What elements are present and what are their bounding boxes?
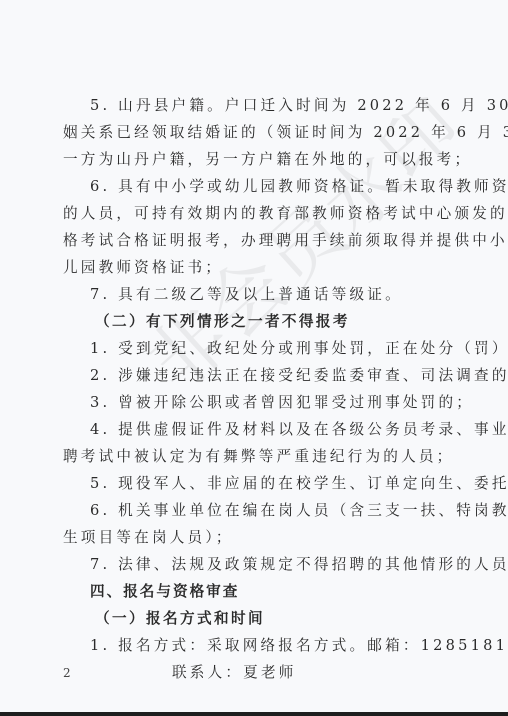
- text-line-residency-2: 姻关系已经领取结婚证的（领证时间为 2022 年 6 月 30 日前），: [63, 124, 443, 142]
- text-line-exclusion-4b: 聘考试中被认定为有舞弊等严重违纪行为的人员；: [63, 448, 443, 466]
- text-line-residency-1: 5. 山丹县户籍。户口迁入时间为 2022 年 6 月 30 日前。因婚: [90, 97, 443, 115]
- section-heading-registration: 四、报名与资格审查: [90, 583, 470, 601]
- text-line-exclusion-1: 1. 受到党纪、政纪处分或刑事处罚，正在处分（罚）期间的；: [90, 340, 443, 358]
- page-number: 2: [63, 666, 71, 680]
- text-line-contact-person: 联系人：夏老师: [172, 664, 508, 682]
- text-line-exclusion-6b: 生项目等在岗人员）；: [63, 529, 443, 547]
- text-line-mandarin: 7. 具有二级乙等及以上普通话等级证。: [90, 286, 443, 304]
- text-line-residency-3: 一方为山丹户籍，另一方户籍在外地的，可以报考；: [63, 151, 443, 169]
- text-line-exclusion-5: 5. 现役军人、非应届的在校学生、订单定向生、委托培养生；: [90, 475, 443, 493]
- subsection-heading-registration-method: （一）报名方式和时间: [95, 610, 475, 628]
- text-line-registration-email: 1. 报名方式：采取网络报名方式。邮箱：1285181284@qq.com: [90, 637, 443, 655]
- text-line-exclusion-2: 2. 涉嫌违纪违法正在接受纪委监委审查、司法调查的；: [90, 367, 443, 385]
- text-line-exclusion-4a: 4. 提供虚假证件及材料以及在各级公务员考录、事业单位招: [90, 421, 443, 439]
- text-line-exclusion-6a: 6. 机关事业单位在编在岗人员（含三支一扶、特岗教师、民: [90, 502, 443, 520]
- text-line-exclusion-7: 7. 法律、法规及政策规定不得招聘的其他情形的人员。: [90, 556, 443, 574]
- bottom-border: [0, 712, 508, 716]
- text-line-certificate-2: 的人员，可持有效期内的教育部教师资格考试中心颁发的教师资: [63, 205, 443, 223]
- text-line-certificate-4: 儿园教师资格证书；: [63, 259, 443, 277]
- section-heading-exclusions: （二）有下列情形之一者不得报考: [95, 313, 475, 331]
- text-line-exclusion-3: 3. 曾被开除公职或者曾因犯罪受过刑事处罚的；: [90, 394, 443, 412]
- document-page: 非会员水印 5. 山丹县户籍。户口迁入时间为 2022 年 6 月 30 日前。…: [0, 0, 508, 712]
- text-line-certificate-3: 格考试合格证明报考，办理聘用手续前须取得并提供中小学或幼: [63, 232, 443, 250]
- text-line-certificate-1: 6. 具有中小学或幼儿园教师资格证。暂未取得教师资格证书: [90, 178, 443, 196]
